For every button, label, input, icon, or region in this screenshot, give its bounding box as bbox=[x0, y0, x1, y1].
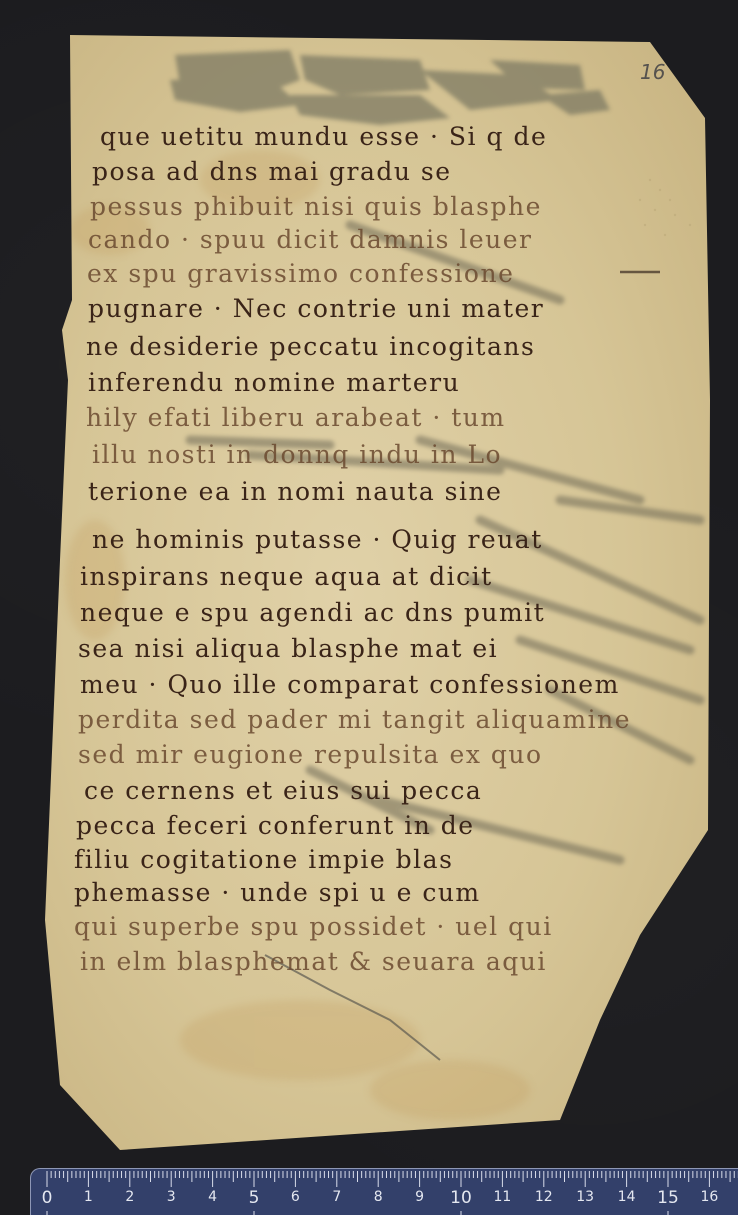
manuscript-line: inspirans neque aqua at dicit bbox=[80, 562, 493, 591]
manuscript-line: phemasse · unde spi u e cum bbox=[74, 878, 481, 907]
ruler-label: 4 bbox=[208, 1189, 217, 1205]
ruler-label: 14 bbox=[618, 1189, 636, 1205]
ruler-label: 12 bbox=[535, 1189, 553, 1205]
manuscript-line: meu · Quo ille comparat confessionem bbox=[80, 670, 620, 699]
manuscript-line: ex spu gravissimo confessione bbox=[87, 259, 514, 288]
manuscript-line: sea nisi aliqua blasphe mat ei bbox=[78, 634, 498, 663]
manuscript-line: hily efati liberu arabeat · tum bbox=[86, 403, 506, 432]
manuscript-line: sed mir eugione repulsita ex quo bbox=[78, 740, 543, 769]
scale-ruler: 012345678910111213141516 bbox=[30, 1168, 738, 1215]
manuscript-line: pugnare · Nec contrie uni mater bbox=[88, 294, 544, 323]
manuscript-line: cando · spuu dicit damnis leuer bbox=[88, 225, 533, 254]
manuscript-line: que uetitu mundu esse · Si q de bbox=[100, 122, 547, 151]
manuscript-line: ne desiderie peccatu incogitans bbox=[86, 332, 535, 361]
manuscript-line: perdita sed pader mi tangit aliquamine bbox=[78, 705, 631, 734]
manuscript-line: posa ad dns mai gradu se bbox=[92, 157, 452, 186]
ruler-label: 3 bbox=[167, 1189, 176, 1205]
ruler-label: 7 bbox=[332, 1189, 341, 1205]
ruler-label: 0 bbox=[42, 1188, 53, 1208]
ruler-label: 13 bbox=[576, 1189, 594, 1205]
manuscript-line: pessus phibuit nisi quis blasphe bbox=[90, 192, 542, 221]
manuscript-text-block: que uetitu mundu esse · Si q de posa ad … bbox=[0, 0, 738, 1215]
ruler-label: 6 bbox=[291, 1189, 300, 1205]
manuscript-line: pecca feceri conferunt in de bbox=[76, 811, 475, 840]
ruler-label: 11 bbox=[493, 1189, 511, 1205]
ruler-label: 16 bbox=[700, 1189, 718, 1205]
manuscript-line: filiu cogitatione impie blas bbox=[74, 845, 453, 874]
ruler-label: 10 bbox=[450, 1188, 472, 1208]
ruler-label: 2 bbox=[125, 1189, 134, 1205]
ruler-label: 5 bbox=[249, 1188, 260, 1208]
manuscript-line: neque e spu agendi ac dns pumit bbox=[80, 598, 545, 627]
ruler-label: 15 bbox=[657, 1188, 679, 1208]
manuscript-line: ce cernens et eius sui pecca bbox=[84, 776, 482, 805]
manuscript-line: in elm blasphemat & seuara aqui bbox=[80, 947, 547, 976]
ruler-label: 8 bbox=[374, 1189, 383, 1205]
ruler-label: 1 bbox=[84, 1189, 93, 1205]
manuscript-line: ne hominis putasse · Quig reuat bbox=[92, 525, 543, 554]
ruler-label: 9 bbox=[415, 1189, 424, 1205]
manuscript-line: inferendu nomine marteru bbox=[88, 368, 460, 397]
manuscript-line: qui superbe spu possidet · uel qui bbox=[74, 912, 553, 941]
manuscript-line: terione ea in nomi nauta sine bbox=[88, 477, 502, 506]
manuscript-line: illu nosti in donnq indu in Lo bbox=[92, 440, 502, 469]
